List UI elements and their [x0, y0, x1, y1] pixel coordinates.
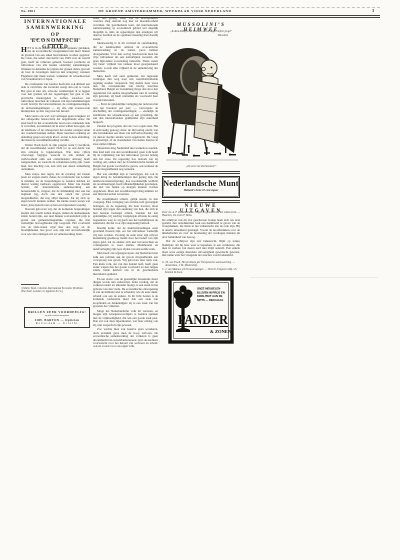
paragraph: De conferentie van Genève heeft dan ook … [21, 83, 90, 114]
ad-slogan-line: BLIJVEN IN PRIJS EN [197, 290, 225, 294]
page-number: 3 [372, 8, 374, 13]
paragraph: Moge het Nederlandsche volk dit verstaan… [93, 310, 158, 327]
pander-brand-wordmark: PANDER [178, 312, 228, 327]
optician-ad-box: BRILLEN ZEER VOORDEELIG! op alle soorten… [24, 307, 90, 328]
cartoon-caption: „Zie eens: het allermooiste!” [162, 165, 240, 168]
paragraph: Het zou onbillijk zijn te verzwijgen, da… [93, 173, 158, 197]
ad-headline: BRILLEN ZEER VOORDEELIG! [26, 310, 88, 314]
ad-cities: Rotterdam — Utrecht [26, 322, 88, 325]
header-rule-thin [20, 17, 380, 18]
ad-slogan-line: KWALITEIT AAN DE [197, 294, 223, 298]
footnote: (The Nash, London; D. Appleton & Co.) [21, 290, 90, 293]
paragraph: Daarom gelooven wij, dat de komende besp… [21, 208, 90, 236]
paragraph: De schrijver van dit vlot geschreven boe… [162, 219, 240, 240]
cigar-ad-brand: Nederlandsche Munt [163, 179, 239, 188]
paragraph: De moeilijkheid schuilt, gelijk steeds, … [93, 198, 158, 226]
section-rule-thick [162, 171, 240, 172]
cartoon-quote-attribution: Mussolini [164, 34, 228, 37]
publication-entries: G. Th. van Ysselt, Het probleem der Euro… [162, 261, 240, 275]
article-column-1: HET is in de laatste jaren telkens opnie… [21, 47, 90, 281]
ad-subline: op alle soorten monturen [26, 314, 88, 317]
paragraph: Men heeft ons tegengeworpen, dat Nederla… [93, 252, 158, 276]
footnote: ¹) Walter Nash, Coherent International E… [21, 287, 90, 290]
article-headline: INTERNATIONALE SAMENWERKING OP ECONOMISC… [21, 19, 90, 50]
paragraph: Dat de schrijver zijn stof beheerscht, b… [162, 240, 240, 257]
cigar-ad-box: Nederlandsche Munt Holland’s beste 10 ce… [162, 176, 240, 198]
paragraph: — Eerst de geleidelijke verlaging der ta… [93, 103, 158, 124]
header-rule-thick [20, 15, 380, 16]
footnote-rule [21, 284, 39, 285]
section-rule-thin [162, 173, 240, 174]
paragraph: HET is in de laatste jaren telkens opnie… [21, 47, 90, 82]
paragraph: zeker niet gering. Maar wie de moeilijkh… [93, 17, 158, 41]
paragraph: En ten slotte: ook de geestelijke beteek… [93, 278, 158, 309]
paragraph: Men heeft wel eens gemeend, dat regional… [93, 75, 158, 103]
paragraph: Zoo wachte men van Genève geen wonderen,… [93, 328, 158, 349]
paragraph: Ziedaar het program, dat ons voor oogen … [93, 125, 158, 146]
paragraph: Walter Nash heeft in zijn jongste werk ¹… [21, 144, 90, 172]
pander-brand-suffix: & ZONEN [210, 329, 232, 334]
ad-slogan-line: SPITS — DEN HAAG [197, 298, 223, 302]
footnotes: ¹) Walter Nash, Coherent International E… [21, 287, 90, 294]
publication-entry: C. J. van Maanen, De Vrouwenspiegel. — U… [162, 268, 240, 274]
section-rule-thick [162, 200, 240, 201]
paragraph: Men versta ons wel: wij verlangen geen t… [21, 115, 90, 143]
masthead-title: DE GROENE AMSTERDAMMER, WEEKBLAD VOOR NE… [20, 9, 310, 13]
byline-ornament-rule [48, 44, 63, 45]
paragraph: Intusschen mag Nederland niet werkeloos … [93, 147, 158, 171]
paper-crease-line [250, 277, 378, 278]
paragraph: Daarbij komt, dat de muntverhoudingen ee… [93, 227, 158, 251]
article-byline: DOOR DR. J. VAN DER MEULEN [21, 38, 90, 41]
paragraph: Men werpe niet tegen, dat de ervaring de… [21, 173, 90, 208]
review-book-reference: Door mr. A. F. Zwaardemaker, Wegen en gr… [162, 211, 240, 217]
ad-slogan-line: ONZE MEUBELEN [197, 287, 220, 291]
headline-line: SAMENWERKING OP [21, 25, 90, 38]
mussolini-cartoon-illustration [162, 41, 242, 163]
cartoon-quote: „Ik denk dikwijls met heimwee aan de dag… [164, 30, 238, 33]
paragraph: Merkwaardig is in dit verband de ontwikk… [93, 42, 158, 73]
review-column: De schrijver van dit vlot geschreven boe… [162, 219, 240, 260]
cigar-ad-tagline: Holland’s beste 10 cent sigaar [163, 189, 239, 192]
ad-advertiser: JOH. BARTON — Opticien [26, 318, 88, 322]
pander-furniture-ad: ONZE MEUBELEN BLIJVEN IN PRIJS EN KWALIT… [168, 277, 234, 344]
newspaper-page: No. 2901 DE GROENE AMSTERDAMMER, WEEKBLA… [0, 0, 400, 560]
publication-entry: G. Th. van Ysselt, Het probleem der Euro… [162, 261, 240, 267]
article-column-2: zeker niet gering. Maar wie de moeilijkh… [93, 17, 158, 364]
